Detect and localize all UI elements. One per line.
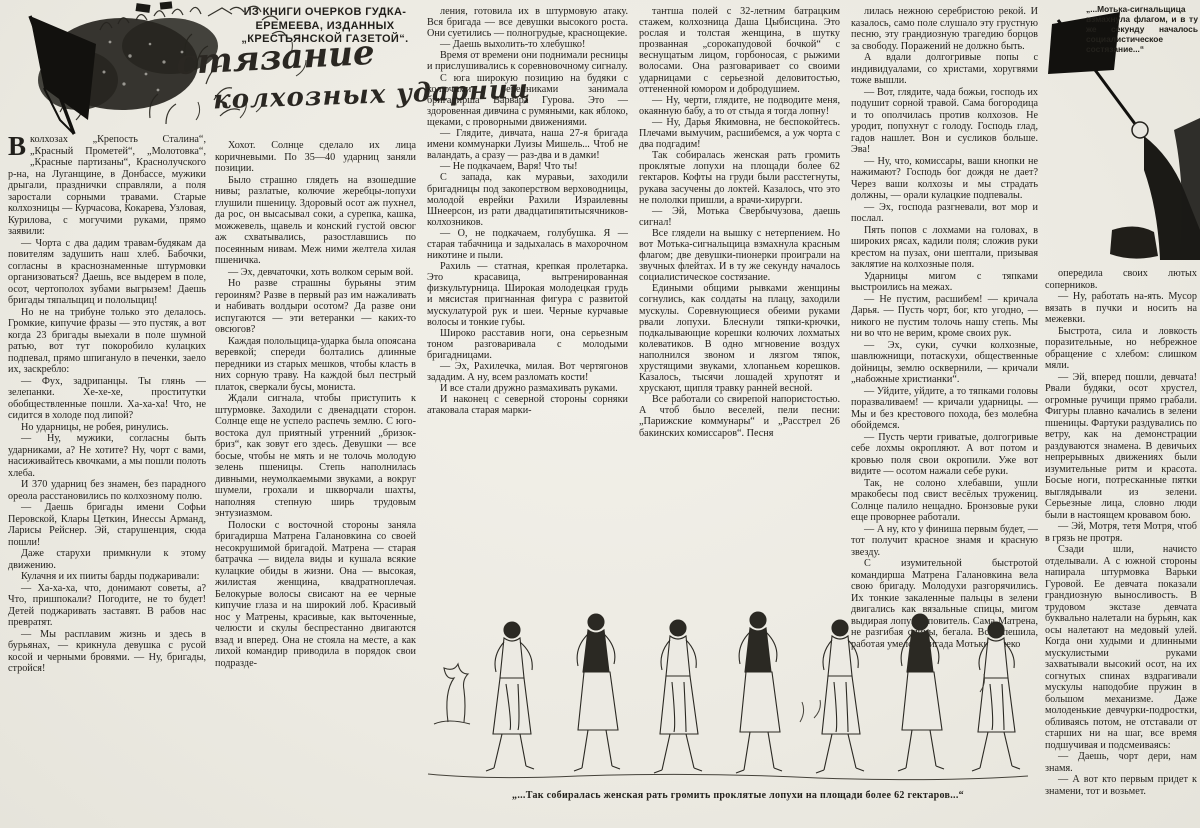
paragraph: — Ну, работать на-ять. Мусор вязать в пу… — [1045, 291, 1197, 326]
paragraph: Пять попов с лохмами на головах, в широк… — [851, 225, 1038, 271]
paragraph: — Чорта с два дадим травам-будякам да по… — [8, 238, 206, 307]
paragraph: А вдали долгогривые попы с индивидуалами… — [851, 52, 1038, 87]
paragraph: — Эй, Мотря, тетя Мотря, чтоб в грязь не… — [1045, 521, 1197, 544]
paragraph: — Даешь, чорт дери, нам знамя. — [1045, 751, 1197, 774]
cart-sketch — [136, 3, 151, 13]
figure — [972, 622, 1020, 771]
paragraph: — Ну, Дарья Якимовна, не беспокойтесь. П… — [639, 117, 840, 150]
paragraph: Было страшно глядеть на взошедшие нивы; … — [215, 175, 416, 267]
paragraph: Хохот. Солнце сделало их лица коричневым… — [215, 140, 416, 175]
paragraph: Ударницы мигом с тяпками выстроились на … — [851, 271, 1038, 294]
text-column-4: тантша полей с 32-летним батрацким стаже… — [639, 6, 840, 582]
paragraph: — Даешь бригады имени Софьи Перовской, К… — [8, 502, 206, 548]
paragraph: опередила своих лютых соперников. — [1045, 268, 1197, 291]
paragraph: Даже старухи примкнули к этому движению. — [8, 548, 206, 571]
boot-sketch — [1110, 226, 1158, 258]
paragraph: Ждали сигнала, чтобы приступить к штурмо… — [215, 393, 416, 520]
flag-illustration-caption: „...Мотька-сигнальщица взмахнула флагом,… — [1086, 4, 1198, 54]
paragraph: — Даешь выхолить-то хлебушко! — [427, 39, 628, 50]
paragraph: И все стали дружно размахивать руками. — [427, 383, 628, 394]
paragraph: — Ну, что, комиссары, ваши кнопки не наж… — [851, 156, 1038, 202]
paragraph: Широко расставив ноги, она серьезным тон… — [427, 328, 628, 361]
figure — [486, 622, 534, 771]
paragraph: Едиными общими рывками женщины согнулись… — [639, 283, 840, 394]
paragraph: Сзади шли, начисто отделывали. А с южной… — [1045, 544, 1197, 751]
paragraph: Все глядели на вышку с нетерпением. Но в… — [639, 228, 840, 283]
paragraph: — Ну, черти, глядите, не подводите меня,… — [639, 95, 840, 117]
paragraph: Но ударницы, не робея, ринулись. — [8, 422, 206, 434]
paragraph: — Вот, глядите, чада божьи, господь их п… — [851, 87, 1038, 156]
paragraph: тантша полей с 32-летним батрацким стаже… — [639, 6, 840, 95]
paragraph: Время от времени они поднимали ресницы и… — [427, 50, 628, 72]
paragraph: С запада, как муравьи, заходили бригадни… — [427, 172, 628, 227]
paragraph: Полоски с восточной стороны заняла брига… — [215, 520, 416, 670]
marching-women-illustration — [420, 572, 1045, 786]
paragraph: Так собиралась женская рать громить прок… — [639, 150, 840, 205]
text-column-1: Вколхозах „Крепость Сталина“, „Красный П… — [8, 134, 206, 824]
text-column-3: ления, готовила их в штурмовую атаку. Вс… — [427, 6, 628, 582]
paragraph: Все работали со свирепой напористостью. … — [639, 394, 840, 438]
paragraph: Но разве страшны бурьяны этим героиням? … — [215, 278, 416, 336]
paragraph: И 370 ударниц без знамен, без парадного … — [8, 479, 206, 502]
paragraph: Но не на трибуне только это делалось. Гр… — [8, 307, 206, 376]
paragraph: — Не пустим, расшибем! — кричала Дарья. … — [851, 294, 1038, 340]
paragraph: И наконец с северной стороны сорняки ата… — [427, 394, 628, 416]
paragraph: — А вот кто первым придет к знамени, тот… — [1045, 774, 1197, 797]
drop-cap: В — [8, 134, 30, 158]
paragraph: — А ну, кто у финиша первым будет, — тот… — [851, 524, 1038, 559]
figure — [736, 612, 782, 773]
newspaper-page: ИЗ КНИГИ ОЧЕРКОВ ГУДКА-ЕРЕМЕЕВА, ИЗДАННЫ… — [0, 0, 1200, 828]
paragraph: — Эх, девчаточки, хоть волком серым вой. — [215, 267, 416, 279]
march-illustration-caption: „...Так собиралась женская рать громить … — [432, 790, 1044, 801]
paragraph: — Мы расплавим жизнь и здесь в бурьянах,… — [8, 629, 206, 675]
paragraph: ления, готовила их в штурмовую атаку. Вс… — [427, 6, 628, 39]
paragraph: — Ха-ха-ха, что, донимают советы, а? Что… — [8, 583, 206, 629]
paragraph: Вколхозах „Крепость Сталина“, „Красный П… — [8, 134, 206, 238]
paragraph: — Фух, задрипанцы. Ты глянь — зелепанки.… — [8, 376, 206, 422]
paragraph: — Ну, мужики, согласны быть ударниками, … — [8, 433, 206, 479]
figure — [574, 614, 620, 771]
figure — [654, 620, 702, 773]
paragraph: Рахиль — статная, крепкая пролетарка. Эт… — [427, 261, 628, 328]
figure — [898, 614, 944, 771]
paragraph: Так, не солоно хлебавши, ушли мракобесы … — [851, 478, 1038, 524]
tree-sketch — [434, 664, 470, 724]
text-column-2: Хохот. Солнце сделало их лица коричневым… — [215, 140, 416, 824]
paragraph: — Эх, господа разгневали, вот мор и посл… — [851, 202, 1038, 225]
paragraph: С юга широкую позицию на будяки с колючи… — [427, 73, 628, 128]
figure — [816, 620, 864, 773]
paragraph: — Глядите, дивчата, наша 27-я бригада им… — [427, 128, 628, 161]
paragraph: — Пусть черти гриватые, долгогривые себе… — [851, 432, 1038, 478]
paragraph: Быстрота, сила и ловкость поразительные,… — [1045, 326, 1197, 372]
text-column-6: опередила своих лютых соперников.— Ну, р… — [1045, 268, 1197, 824]
paragraph: лилась нежною серебристою рекой. И казал… — [851, 6, 1038, 52]
paragraph: Кулачня и их пииты барды поджаривали: — [8, 571, 206, 583]
paragraph: Каждая полольщица-ударка была опоясана в… — [215, 336, 416, 394]
paragraph: — Эх, суки, сучки колхозные, шавлюжнищи,… — [851, 340, 1038, 386]
paragraph: — Эй, вперед пошли, девчата! Рвали будяк… — [1045, 372, 1197, 522]
paragraph: — О, не подкачаем, голубушка. Я — старая… — [427, 228, 628, 261]
fist-sketch — [1132, 122, 1148, 138]
paragraph: — Эй, Мотька Свербычузова, даешь сигнал! — [639, 206, 840, 228]
paragraph: — Эх, Рахилечка, милая. Вот чертягонов з… — [427, 361, 628, 383]
paragraph: — Не подкачаем, Варя! Что ты! — [427, 161, 628, 172]
paragraph: — Уйдите, уйдите, а то тяпками головы по… — [851, 386, 1038, 432]
